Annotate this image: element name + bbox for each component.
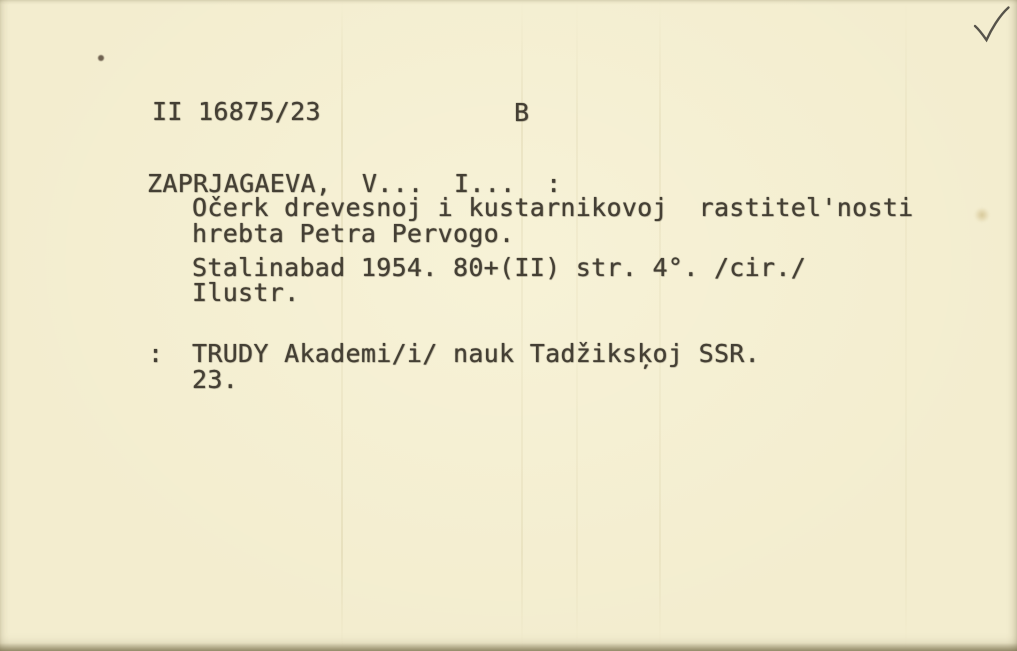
card-bottom-edge-shadow (0, 643, 1017, 651)
paper-streak (659, 0, 661, 651)
checkmark-icon (966, 2, 1014, 50)
series-number: 23. (192, 367, 238, 393)
illustration-note: Ilustr. (192, 280, 299, 306)
title-line-2: hrebta Petra Pervogo. (192, 221, 514, 247)
catalog-card: II 16875/23 B ZAPRJAGAEVA, V... I... : O… (0, 0, 1017, 651)
series-statement: TRUDY Akademi/i/ nauk Tadžiksķoj SSR. (192, 341, 760, 367)
paper-stain (974, 208, 990, 222)
section-letter: B (514, 100, 529, 126)
ink-speck (98, 55, 104, 61)
call-number: II 16875/23 (152, 99, 321, 125)
paper-streak (341, 0, 343, 651)
title-line-1: Očerk drevesnoj i kustarnikovoj rastitel… (192, 195, 914, 221)
paper-streak (576, 0, 578, 651)
paper-streak (905, 0, 907, 651)
series-colon: : (148, 341, 163, 367)
